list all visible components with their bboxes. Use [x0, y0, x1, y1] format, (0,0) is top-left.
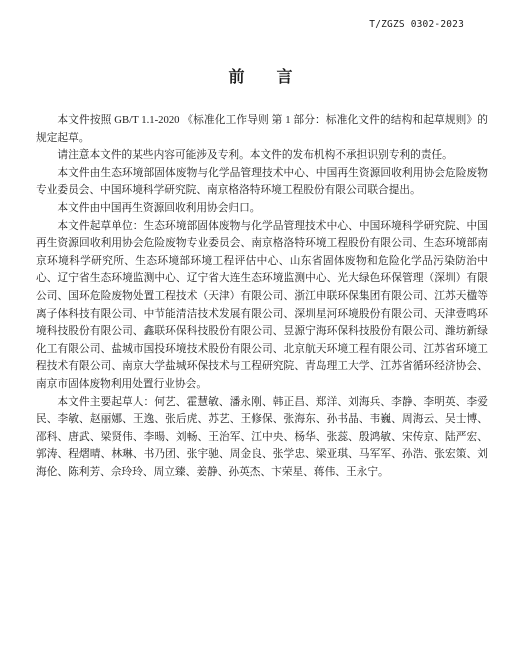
paragraph-centralized-by: 本文件由中国再生资源回收利用协会归口。 [36, 200, 488, 218]
document-page: T/ZGZS 0302-2023 前 言 本文件按照 GB/T 1.1-2020… [0, 0, 521, 652]
paragraph-main-drafters: 本文件主要起草人：何艺、霍慧敏、潘永刚、韩正昌、郑洋、刘海兵、李静、李明英、李爱… [36, 394, 488, 482]
paragraph-patent-notice: 请注意本文件的某些内容可能涉及专利。本文件的发布机构不承担识别专利的责任。 [36, 147, 488, 165]
standard-number: T/ZGZS 0302-2023 [369, 19, 464, 30]
paragraph-drafting-organizations: 本文件起草单位：生态环境部固体废物与化学品管理技术中心、中国环境科学研究院、中国… [36, 218, 488, 394]
paragraph-drafting-rules: 本文件按照 GB/T 1.1-2020 《标准化工作导则 第 1 部分：标准化文… [36, 112, 488, 147]
page-title: 前 言 [0, 64, 521, 87]
foreword-body: 本文件按照 GB/T 1.1-2020 《标准化工作导则 第 1 部分：标准化文… [36, 112, 488, 481]
paragraph-proposed-by: 本文件由生态环境部固体废物与化学品管理技术中心、中国再生资源回收利用协会危险废物… [36, 165, 488, 200]
